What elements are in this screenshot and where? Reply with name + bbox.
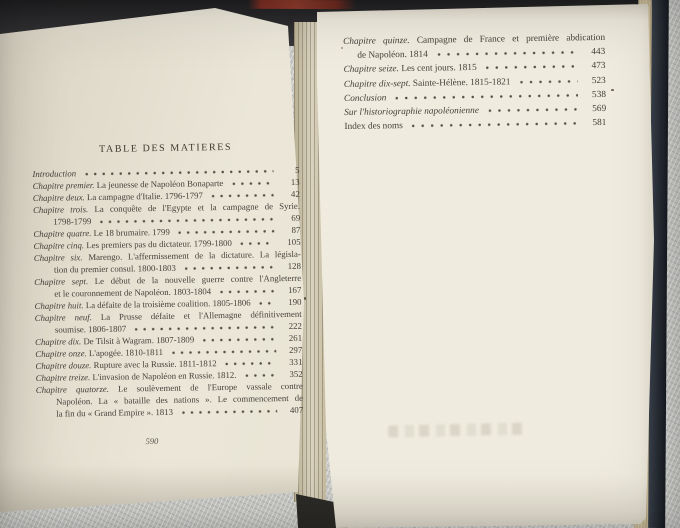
chapter-label: Chapitre six.	[34, 252, 83, 263]
chapter-label: Chapitre onze.	[35, 348, 87, 359]
page-number: 581	[583, 116, 606, 131]
dot-leader	[483, 64, 578, 70]
chapter-label: Conclusion	[344, 93, 387, 104]
entry-text: Introduction	[32, 167, 76, 180]
entry-text: Chapitre quinze. Campagne de France et p…	[343, 33, 605, 47]
chapter-label: Chapitre cinq.	[34, 240, 85, 251]
chapter-label: Chapitre huit.	[34, 300, 83, 311]
page-number: 538	[583, 88, 606, 103]
page-number: 105	[279, 236, 300, 248]
chapter-label: Chapitre neuf.	[35, 312, 92, 323]
dot-leader	[179, 408, 277, 415]
chapter-label: Chapitre douze.	[35, 360, 91, 371]
chapter-label: Chapitre seize.	[343, 65, 399, 76]
chapter-label: Chapitre trois.	[33, 204, 88, 215]
dot-leader	[82, 168, 273, 176]
page-number: 331	[281, 356, 302, 368]
dot-leader	[209, 192, 274, 198]
dot-leader	[516, 78, 577, 84]
toc-entry: Chapitre quatorze. Le soulèvement de l'E…	[36, 380, 304, 420]
page-number: 297	[281, 344, 302, 356]
dot-leader	[257, 300, 276, 305]
page-number: 523	[583, 73, 606, 88]
chapter-label: Introduction	[32, 168, 76, 179]
page-number: 69	[279, 212, 300, 224]
entry-text: la fin du « Grand Empire ». 1813	[56, 406, 173, 420]
left-page-folio: 590	[122, 435, 182, 446]
chapter-label: Chapitre quatre.	[33, 228, 91, 239]
dot-leader	[200, 336, 276, 342]
page-number: 352	[282, 368, 303, 380]
toc-entries-right: Chapitre quinze. Campagne de France et p…	[343, 31, 607, 135]
page-number: 407	[282, 404, 303, 416]
entry-text: de Napoléon. 1814	[357, 48, 428, 63]
page-number: 42	[279, 188, 300, 200]
page-number: 13	[279, 176, 300, 188]
paper-speck	[611, 89, 614, 91]
book-photo: TABLE DES MATIERES Introduction5Chapitre…	[0, 0, 680, 528]
dot-leader	[242, 372, 276, 378]
dot-leader	[217, 288, 275, 294]
entry-text: 1798-1799	[53, 215, 91, 228]
chapter-label: Chapitre quatorze.	[36, 384, 109, 395]
entry-text: soumise. 1806-1807	[55, 323, 127, 336]
chapter-label: Chapitre sept.	[34, 276, 88, 287]
dot-leader	[132, 324, 276, 331]
dot-leader	[434, 50, 578, 57]
entry-text: Chapitre dix-sept. Sainte-Hélène. 1815-1…	[344, 75, 511, 92]
dot-leader	[182, 264, 275, 270]
toc-entry: Chapitre quinze. Campagne de France et p…	[343, 31, 605, 64]
dot-leader	[238, 240, 275, 246]
entry-text: Sur l'historiographie napoléonienne	[344, 104, 479, 120]
chapter-label: Index des noms	[344, 121, 403, 132]
dot-leader	[176, 228, 275, 235]
paper-speck	[304, 297, 306, 300]
chapter-label: Chapitre premier.	[33, 180, 95, 191]
chapter-label: Sur l'historiographie napoléonienne	[344, 106, 479, 118]
page-number: 222	[281, 320, 302, 332]
page-number: 443	[582, 45, 605, 60]
chapter-label: Chapitre deux.	[33, 192, 85, 203]
page-number: 87	[279, 224, 300, 236]
page-number: 128	[280, 260, 301, 272]
right-page-content: Chapitre quinze. Campagne de France et p…	[343, 31, 607, 135]
entry-text: Index des noms	[344, 119, 403, 134]
chapter-label: Chapitre treize.	[36, 372, 91, 383]
dot-leader	[223, 360, 277, 366]
page-number: 261	[281, 332, 302, 344]
dot-leader	[485, 106, 578, 112]
dot-leader	[392, 92, 578, 100]
page-number: 190	[280, 296, 301, 308]
dot-leader	[409, 121, 579, 129]
page-number: 569	[583, 102, 606, 117]
dot-leader	[97, 216, 274, 224]
toc-entries-left: Introduction5Chapitre premier. La jeunes…	[32, 164, 303, 420]
spine-red-band	[248, 0, 356, 9]
chapter-label: Chapitre quinze.	[343, 36, 410, 47]
entry-text: Conclusion	[344, 91, 387, 106]
page-number: 473	[582, 59, 605, 74]
left-page-content: TABLE DES MATIERES Introduction5Chapitre…	[32, 141, 303, 420]
page-number: 167	[280, 284, 301, 296]
page-number: 5	[278, 164, 299, 176]
dot-leader	[229, 180, 273, 186]
chapter-label: Chapitre dix-sept.	[344, 79, 411, 90]
chapter-label: Chapitre dix.	[35, 336, 81, 347]
dot-leader	[169, 348, 276, 355]
